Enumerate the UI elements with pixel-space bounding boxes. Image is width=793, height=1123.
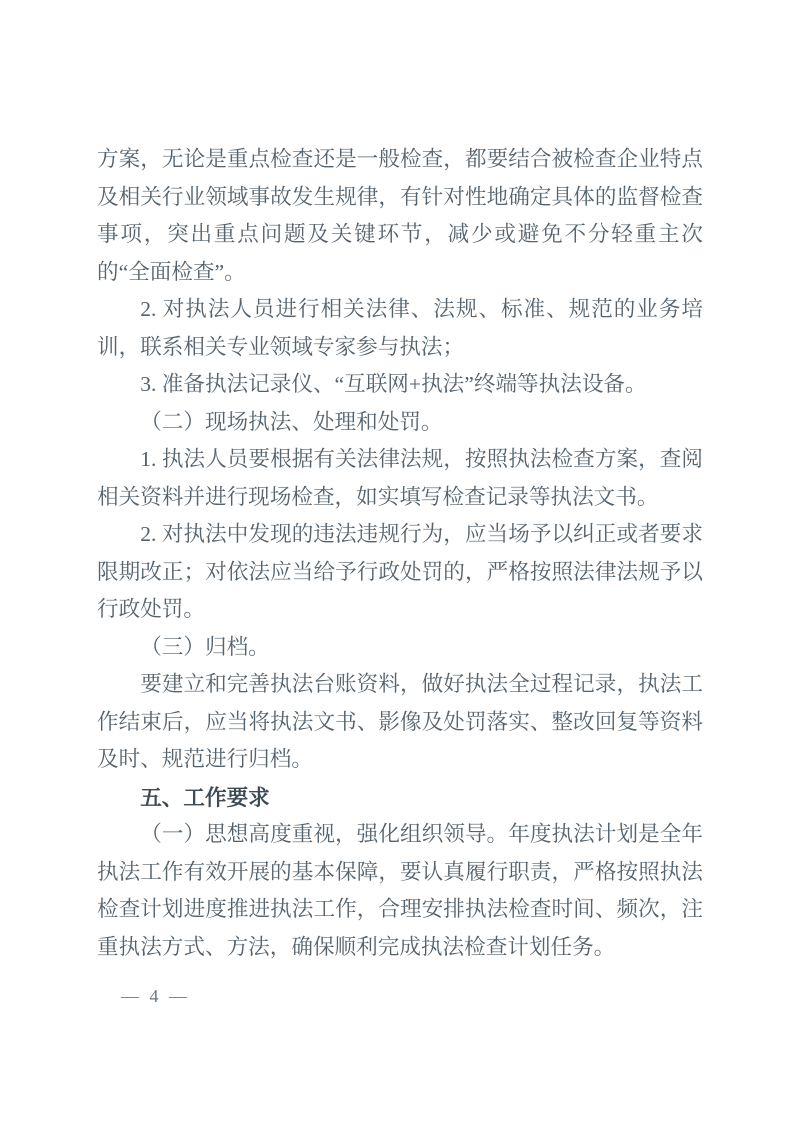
- subsection-2-onsite-enforcement: （二）现场执法、处理和处罚。: [97, 404, 703, 442]
- paragraph-archiving-detail: 要建立和完善执法台账资料，做好执法全过程记录，执法工作结束后，应当将执法文书、影…: [97, 666, 703, 779]
- paragraph-item-2-training: 2. 对执法人员进行相关法律、法规、标准、规范的业务培训，联系相关专业领域专家参…: [97, 291, 703, 366]
- paragraph-item-1-inspection: 1. 执法人员要根据有关法律法规，按照执法检查方案，查阅相关资料并进行现场检查，…: [97, 441, 703, 516]
- page-number: — 4 —: [121, 986, 190, 1007]
- paragraph-item-2-violations: 2. 对执法中发现的违法违规行为，应当场予以纠正或者要求限期改正；对依法应当给予…: [97, 516, 703, 629]
- subsection-3-archiving: （三）归档。: [97, 629, 703, 667]
- paragraph-item-3-equipment: 3. 准备执法记录仪、“互联网+执法”终端等执法设备。: [97, 366, 703, 404]
- section-heading-work-requirements: 五、工作要求: [97, 779, 703, 817]
- document-body: 方案，无论是重点检查还是一般检查，都要结合被检查企业特点及相关行业领域事故发生规…: [97, 141, 703, 966]
- paragraph-requirement-1-leadership: （一）思想高度重视，强化组织领导。年度执法计划是全年执法工作有效开展的基本保障，…: [97, 816, 703, 966]
- document-page: 方案，无论是重点检查还是一般检查，都要结合被检查企业特点及相关行业领域事故发生规…: [0, 0, 793, 1123]
- paragraph-plan-continuation: 方案，无论是重点检查还是一般检查，都要结合被检查企业特点及相关行业领域事故发生规…: [97, 141, 703, 291]
